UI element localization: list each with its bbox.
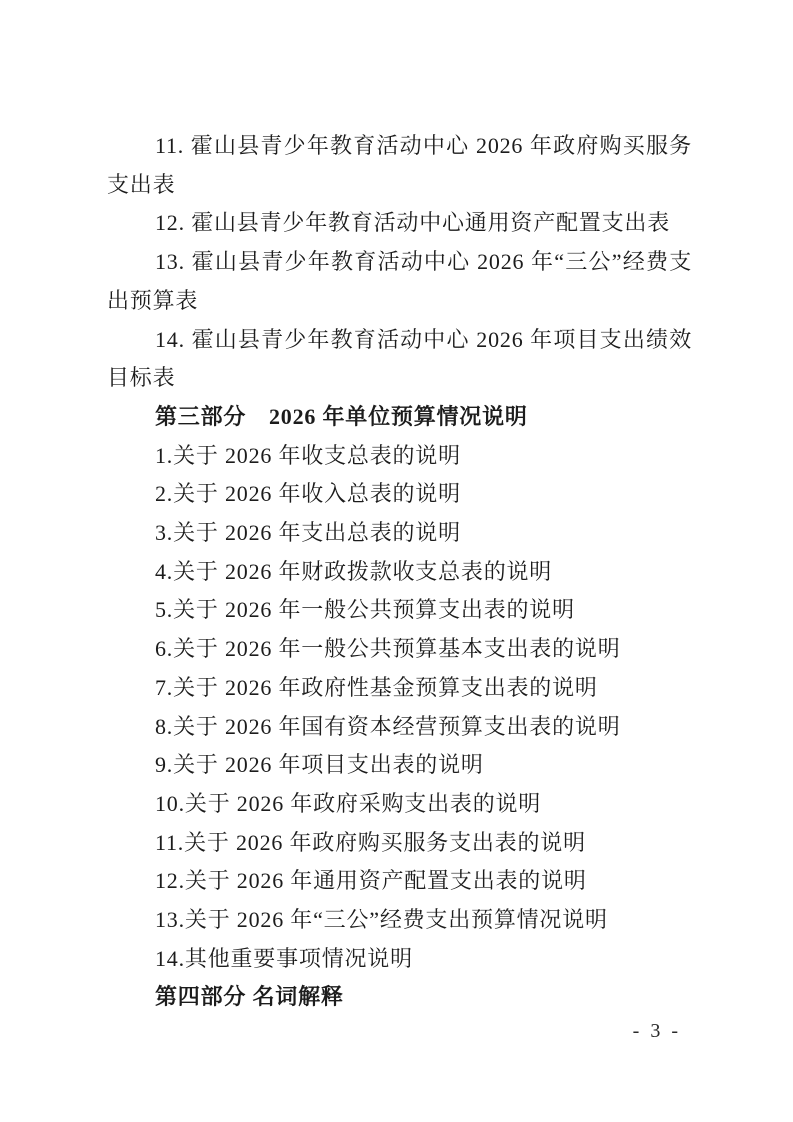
part3-toc-item-2: 2.关于 2026 年收入总表的说明 bbox=[107, 475, 692, 514]
part3-toc-item-7: 7.关于 2026 年政府性基金预算支出表的说明 bbox=[107, 669, 692, 708]
toc-content: 11. 霍山县青少年教育活动中心 2026 年政府购买服务支出表 12. 霍山县… bbox=[107, 127, 692, 1017]
part3-toc-item-9: 9.关于 2026 年项目支出表的说明 bbox=[107, 746, 692, 785]
part4-heading: 第四部分 名词解释 bbox=[107, 978, 692, 1017]
part3-toc-item-11: 11.关于 2026 年政府购买服务支出表的说明 bbox=[107, 824, 692, 863]
attachment-toc-item-11: 11. 霍山县青少年教育活动中心 2026 年政府购买服务支出表 bbox=[107, 127, 692, 204]
part3-heading: 第三部分 2026 年单位预算情况说明 bbox=[107, 398, 692, 437]
page-number: - 3 - bbox=[633, 1020, 681, 1043]
part3-toc-item-6: 6.关于 2026 年一般公共预算基本支出表的说明 bbox=[107, 630, 692, 669]
part3-toc-item-4: 4.关于 2026 年财政拨款收支总表的说明 bbox=[107, 553, 692, 592]
part3-toc-item-10: 10.关于 2026 年政府采购支出表的说明 bbox=[107, 785, 692, 824]
part3-toc-item-13: 13.关于 2026 年“三公”经费支出预算情况说明 bbox=[107, 901, 692, 940]
part3-toc-item-5: 5.关于 2026 年一般公共预算支出表的说明 bbox=[107, 591, 692, 630]
attachment-toc-item-13: 13. 霍山县青少年教育活动中心 2026 年“三公”经费支出预算表 bbox=[107, 243, 692, 320]
part3-toc-item-3: 3.关于 2026 年支出总表的说明 bbox=[107, 514, 692, 553]
document-page: 11. 霍山县青少年教育活动中心 2026 年政府购买服务支出表 12. 霍山县… bbox=[0, 0, 793, 1122]
part3-toc-item-8: 8.关于 2026 年国有资本经营预算支出表的说明 bbox=[107, 708, 692, 747]
attachment-toc-item-12: 12. 霍山县青少年教育活动中心通用资产配置支出表 bbox=[107, 204, 692, 243]
part3-toc-item-1: 1.关于 2026 年收支总表的说明 bbox=[107, 437, 692, 476]
part3-toc-item-12: 12.关于 2026 年通用资产配置支出表的说明 bbox=[107, 862, 692, 901]
attachment-toc-item-14: 14. 霍山县青少年教育活动中心 2026 年项目支出绩效目标表 bbox=[107, 321, 692, 398]
part3-toc-item-14: 14.其他重要事项情况说明 bbox=[107, 940, 692, 979]
